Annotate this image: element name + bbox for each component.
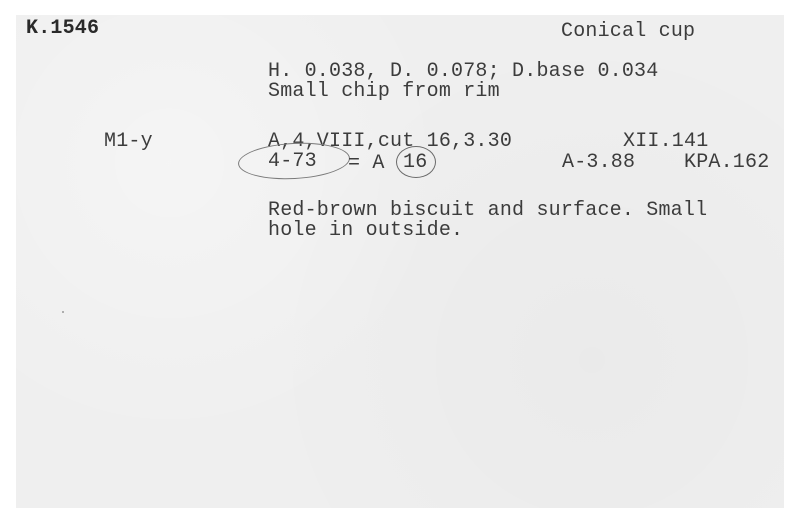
condition-note: Small chip from rim	[268, 82, 500, 102]
catalog-number: K.1546	[26, 19, 99, 39]
dimensions: H. 0.038, D. 0.078; D.base 0.034	[268, 62, 658, 82]
notebook-reference: XII.141	[623, 132, 708, 152]
deposit-code: M1-y	[104, 132, 153, 152]
equals-label: = A	[348, 154, 385, 174]
index-card: K.1546 Conical cup H. 0.038, D. 0.078; D…	[16, 15, 784, 508]
page: K.1546 Conical cup H. 0.038, D. 0.078; D…	[0, 0, 800, 524]
object-type: Conical cup	[561, 22, 695, 42]
description-line-2: hole in outside.	[268, 221, 463, 241]
description-line-1: Red-brown biscuit and surface. Small	[268, 201, 707, 221]
level-reference: A-3.88	[562, 153, 635, 173]
handwritten-circle-mark	[396, 146, 436, 178]
handwritten-oval-mark	[237, 140, 351, 182]
paper-speck	[62, 311, 64, 313]
kpa-reference: KPA.162	[684, 153, 769, 173]
